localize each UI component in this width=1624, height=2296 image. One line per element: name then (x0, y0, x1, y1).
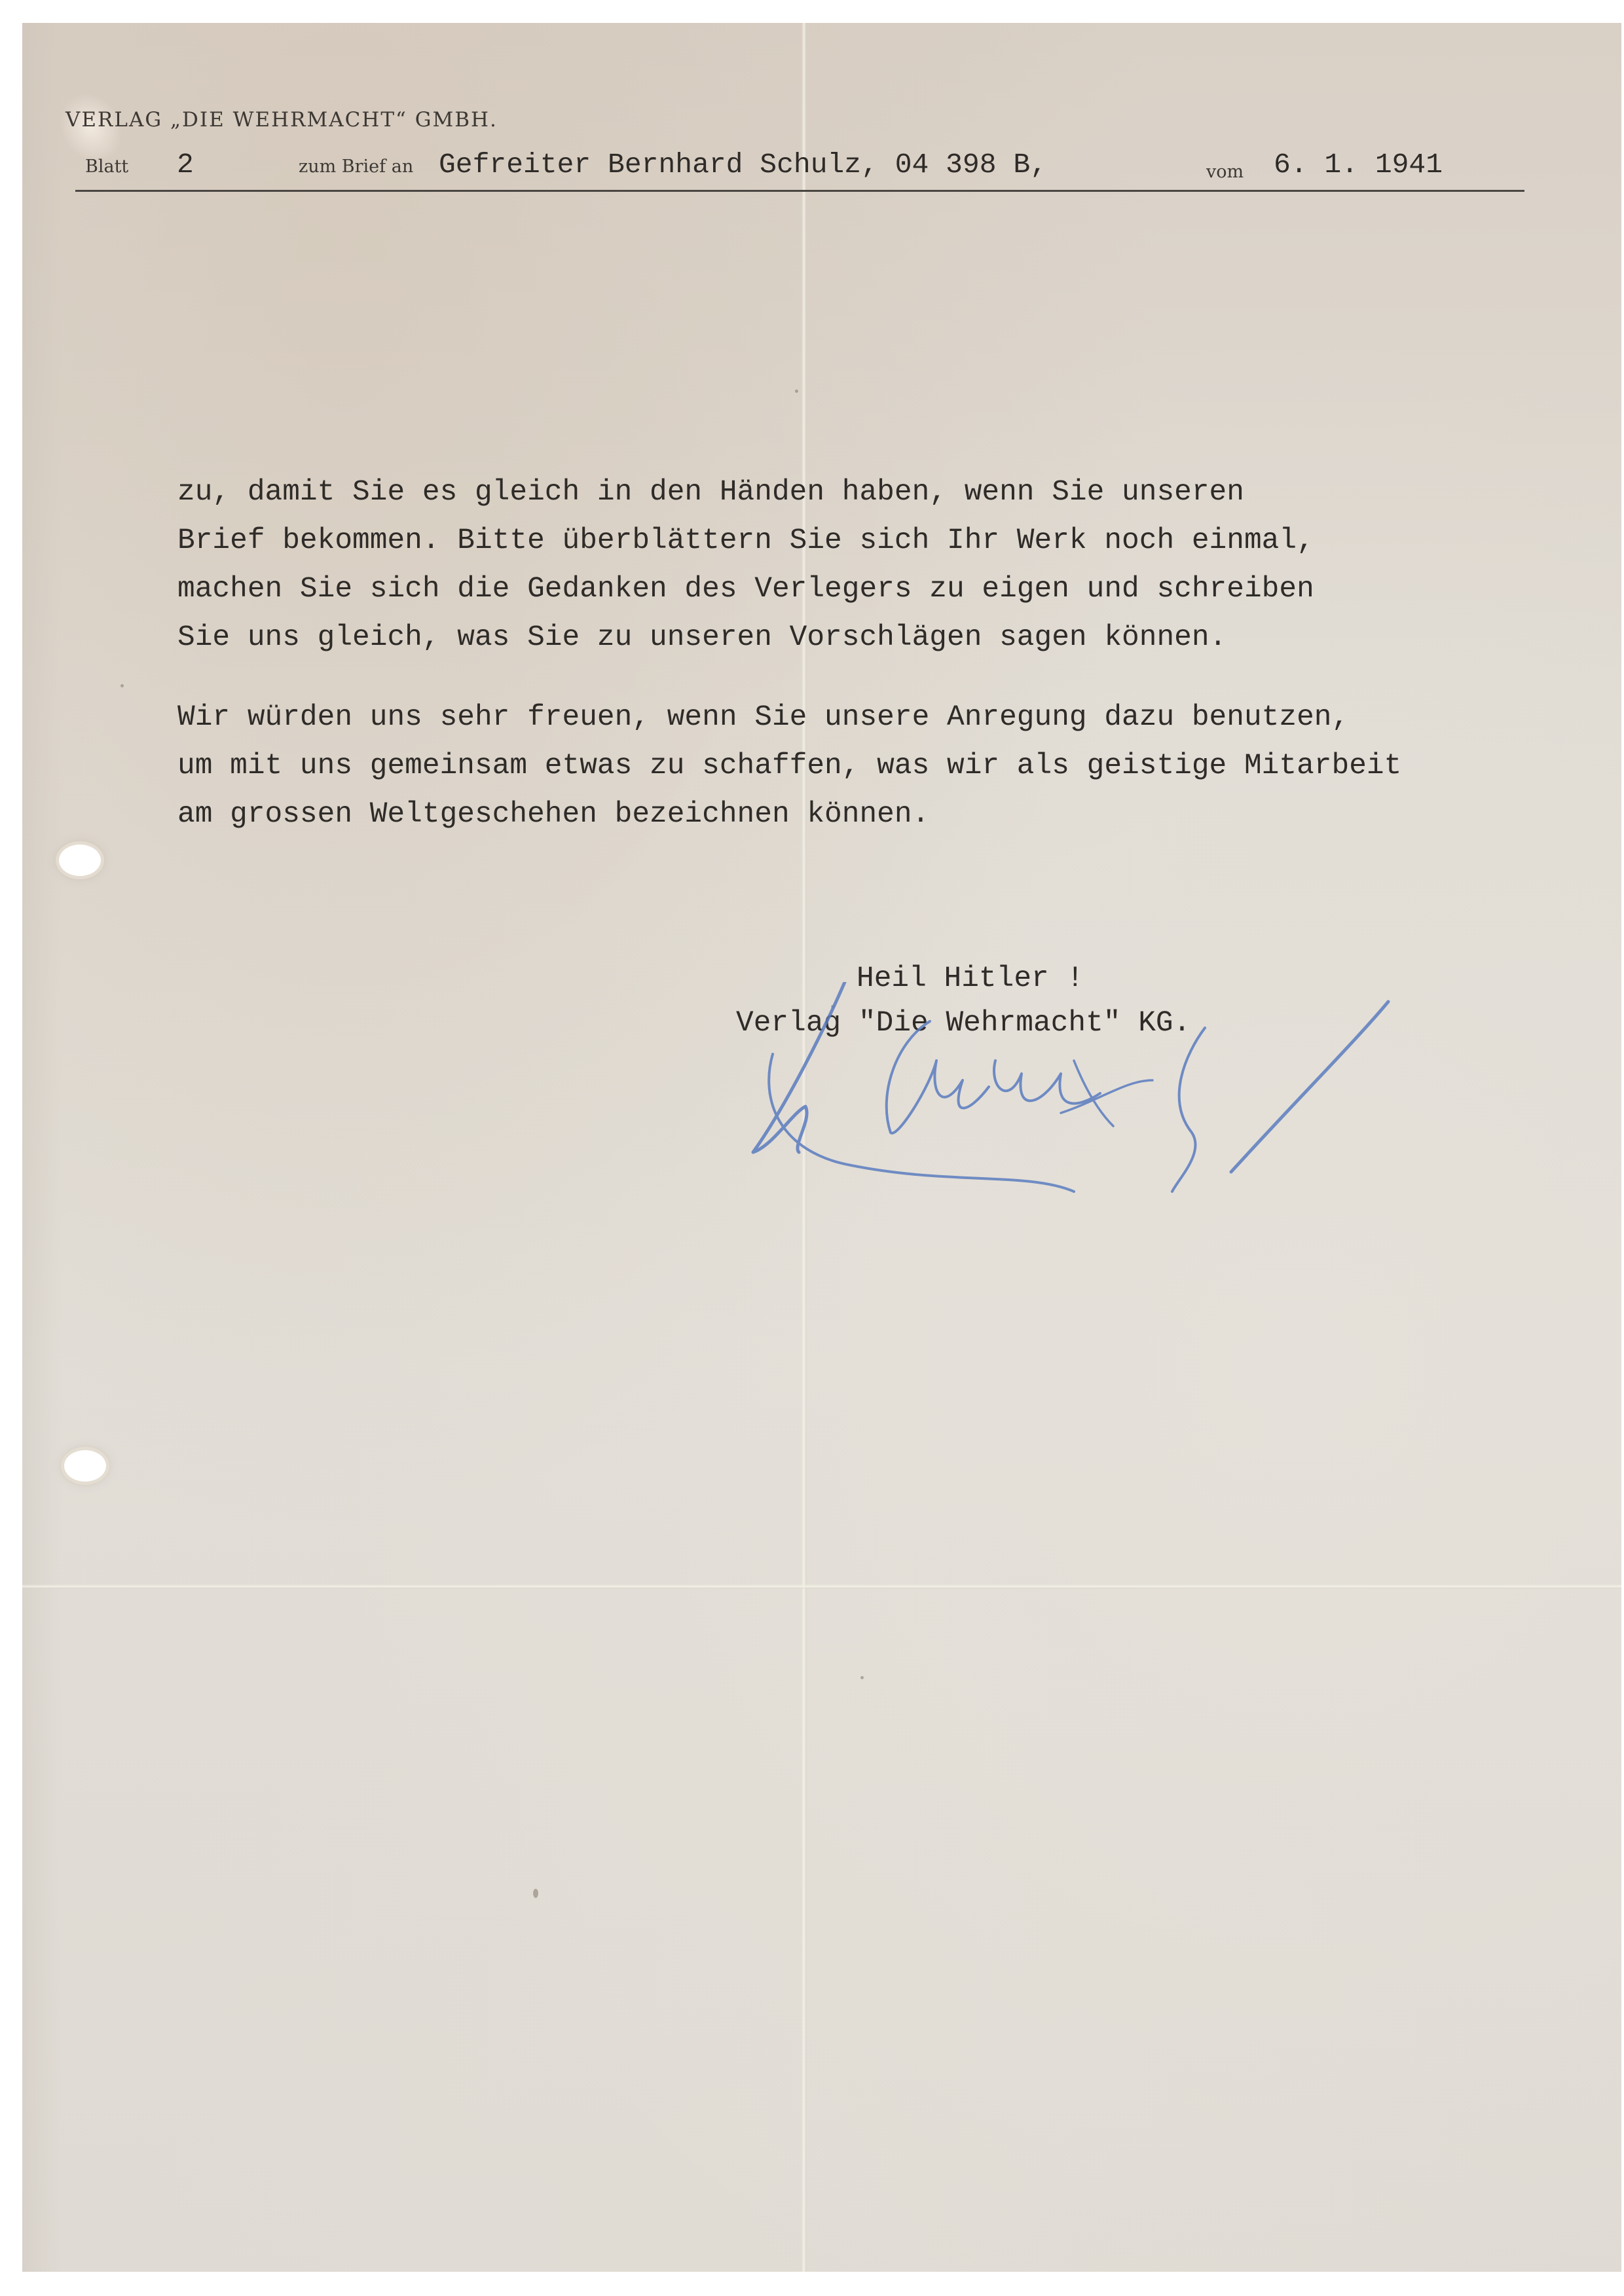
letter-to-label: zum Brief an (299, 156, 413, 177)
body-line: um mit uns gemeinsam etwas zu schaffen, … (177, 742, 1401, 790)
punch-hole-icon (59, 845, 101, 876)
paper-edge-shadow (22, 23, 62, 2272)
sheet-number: 2 (177, 149, 194, 181)
body-line: Brief bekommen. Bitte überblättern Sie s… (177, 517, 1314, 565)
sheet-label: Blatt (85, 156, 128, 177)
body-line: zu, damit Sie es gleich in den Händen ha… (177, 468, 1314, 517)
letter-reference-line: Blatt 2 zum Brief an Gefreiter Bernhard … (59, 145, 1526, 185)
letter-date: 6. 1. 1941 (1274, 149, 1443, 181)
body-line: machen Sie sich die Gedanken des Verlege… (177, 565, 1314, 613)
date-label: vom (1206, 162, 1244, 182)
body-paragraph-1: zu, damit Sie es gleich in den Händen ha… (177, 468, 1314, 662)
handwritten-signature-icon (733, 982, 1585, 1205)
punch-hole-icon (64, 1450, 106, 1482)
body-paragraph-2: Wir würden uns sehr freuen, wenn Sie uns… (177, 693, 1401, 839)
recipient: Gefreiter Bernhard Schulz, 04 398 B, (439, 149, 1047, 181)
horizontal-fold-crease (22, 1584, 1621, 1589)
body-line: am grossen Weltgeschehen bezeichnen könn… (177, 790, 1401, 839)
letterhead-publisher: VERLAG „DIE WEHRMACHT“ GMBH. (65, 108, 498, 132)
body-line: Sie uns gleich, was Sie zu unseren Vorsc… (177, 613, 1314, 662)
header-divider (75, 190, 1524, 192)
body-line: Wir würden uns sehr freuen, wenn Sie uns… (177, 693, 1401, 742)
